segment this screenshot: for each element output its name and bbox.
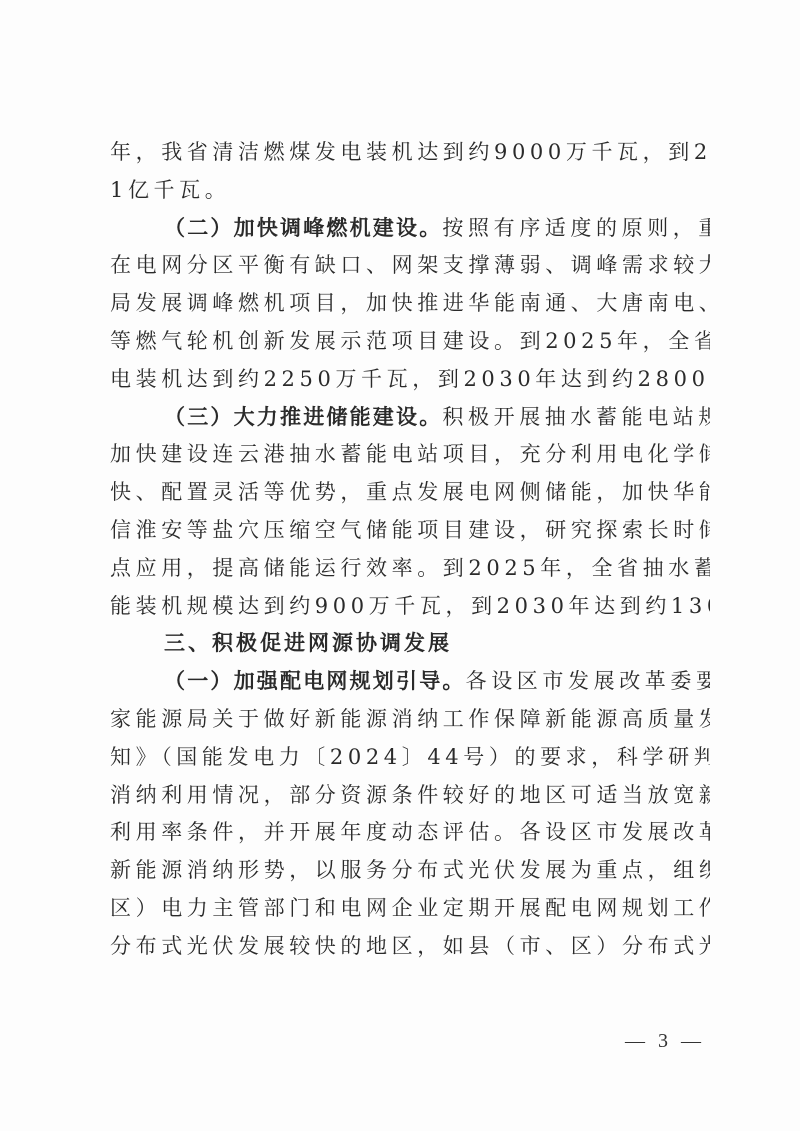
text-line: 知》（国能发电力〔2024〕44号）的要求，科学研判各地新能源 (110, 739, 710, 777)
text-line: 年，我省清洁燃煤发电装机达到约9000万千瓦，到2030年达到约 (110, 134, 710, 172)
text-fragment: 按照有序适度的原则，重点考虑 (442, 216, 710, 240)
subsection-paragraph-start: （二）加快调峰燃机建设。按照有序适度的原则，重点考虑 (110, 210, 710, 248)
subsection-title: （一）加强配电网规划引导。 (164, 669, 466, 693)
text-line: 区）电力主管部门和电网企业定期开展配电网规划工作。特别在 (110, 890, 710, 928)
subsection-paragraph-start: （一）加强配电网规划引导。各设区市发展改革委要按照《国 (110, 663, 710, 701)
subsection-title: （三）大力推进储能建设。 (164, 405, 442, 429)
text-line: 能装机规模达到约900万千瓦，到2030年达到约1300万千瓦。 (110, 588, 710, 626)
page-number: — 3 — (620, 1030, 710, 1053)
text-line: 点应用，提高储能运行效率。到2025年，全省抽水蓄能和新型储 (110, 550, 710, 588)
text-fragment: 各设区市发展改革委要按照《国 (466, 669, 710, 693)
text-line: 局发展调峰燃机项目，加快推进华能南通、大唐南电、华电望亭 (110, 285, 710, 323)
text-line: 家能源局关于做好新能源消纳工作保障新能源高质量发展的通 (110, 701, 710, 739)
text-line: 新能源消纳形势，以服务分布式光伏发展为重点，组织各县（市、 (110, 852, 710, 890)
text-line: 在电网分区平衡有缺口、网架支撑薄弱、调峰需求较大的地区布 (110, 247, 710, 285)
subsection-title: （二）加快调峰燃机建设。 (164, 216, 442, 240)
text-line: 分布式光伏发展较快的地区，如县（市、区）分布式光伏渗透率 (110, 928, 710, 966)
text-line: 利用率条件，并开展年度动态评估。各设区市发展改革委要结合 (110, 814, 710, 852)
subsection-paragraph-start: （三）大力推进储能建设。积极开展抽水蓄能电站规划布局， (110, 399, 710, 437)
section-heading: 三、积极促进网源协调发展 (110, 625, 710, 663)
text-line: 等燃气轮机创新发展示范项目建设。到2025年，全省各类燃气发 (110, 323, 710, 361)
text-line: 快、配置灵活等优势，重点发展电网侧储能，加快华能金坛、国 (110, 474, 710, 512)
text-line: 消纳利用情况，部分资源条件较好的地区可适当放宽新能源消纳 (110, 777, 710, 815)
text-line: 电装机达到约2250万千瓦，到2030年达到约2800万千瓦。 (110, 361, 710, 399)
text-fragment: 积极开展抽水蓄能电站规划布局， (442, 405, 710, 429)
text-line: 加快建设连云港抽水蓄能电站项目，充分利用电化学储能响应 (110, 436, 710, 474)
text-line: 1亿千瓦。 (110, 172, 710, 210)
document-page: 年，我省清洁燃煤发电装机达到约9000万千瓦，到2030年达到约 1亿千瓦。 （… (0, 0, 800, 1131)
text-line: 信淮安等盐穴压缩空气储能项目建设，研究探索长时储能技术试 (110, 512, 710, 550)
document-body: 年，我省清洁燃煤发电装机达到约9000万千瓦，到2030年达到约 1亿千瓦。 （… (110, 134, 710, 966)
